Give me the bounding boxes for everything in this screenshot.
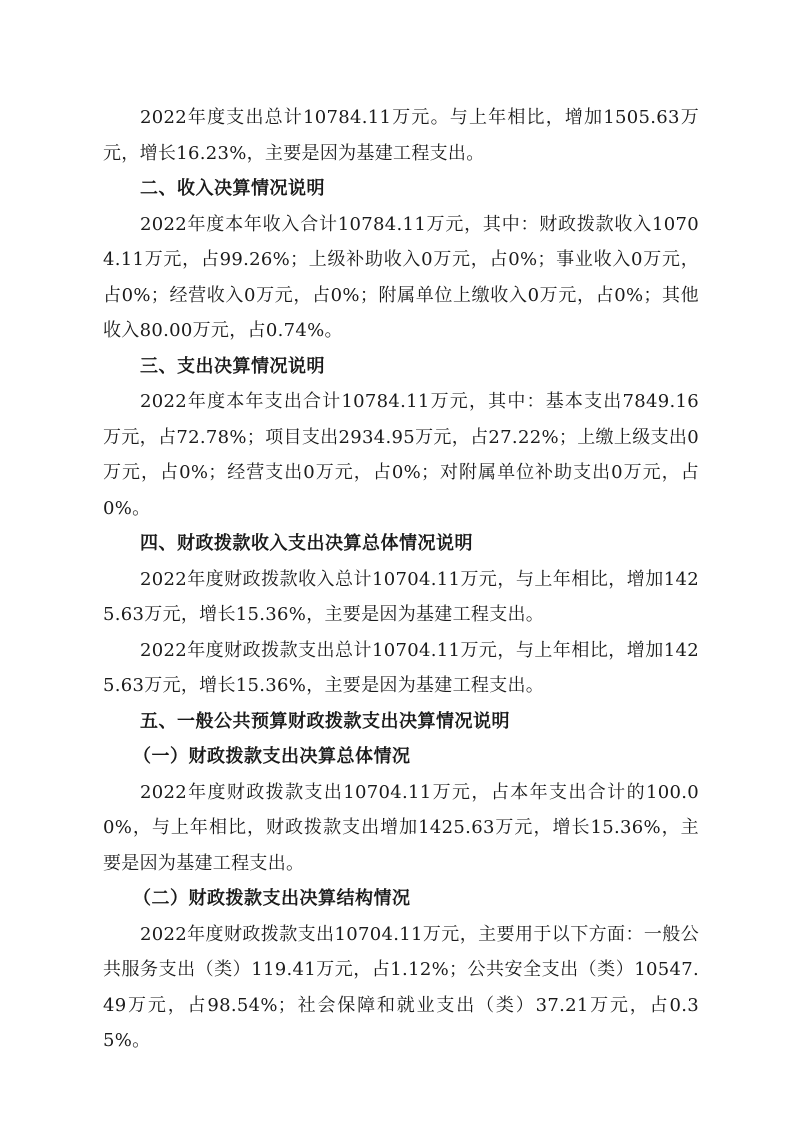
heading-general-public-budget: 五、一般公共预算财政拨款支出决算情况说明 [103, 704, 699, 740]
paragraph-fiscal-expenditure: 2022年度财政拨款支出总计10704.11万元，与上年相比，增加1425.63… [103, 633, 699, 704]
paragraph-income-details: 2022年度本年收入合计10784.11万元，其中：财政拨款收入10704.11… [103, 207, 699, 349]
paragraph-fiscal-income: 2022年度财政拨款收入总计10704.11万元，与上年相比，增加1425.63… [103, 562, 699, 633]
heading-expenditure-section: 三、支出决算情况说明 [103, 349, 699, 385]
paragraph-total-expenditure: 2022年度支出总计10784.11万元。与上年相比，增加1505.63万元，增… [103, 100, 699, 171]
subheading-structure-situation: （二）财政拨款支出决算结构情况 [103, 881, 699, 917]
heading-income-section: 二、收入决算情况说明 [103, 171, 699, 207]
heading-fiscal-allocation-overall: 四、财政拨款收入支出决算总体情况说明 [103, 526, 699, 562]
subheading-overall-situation: （一）财政拨款支出决算总体情况 [103, 739, 699, 775]
paragraph-structure-situation: 2022年度财政拨款支出10704.11万元，主要用于以下方面：一般公共服务支出… [103, 917, 699, 1059]
paragraph-overall-situation: 2022年度财政拨款支出10704.11万元，占本年支出合计的100.00%，与… [103, 775, 699, 882]
document-page: 2022年度支出总计10784.11万元。与上年相比，增加1505.63万元，增… [103, 100, 699, 1059]
paragraph-expenditure-details: 2022年度本年支出合计10784.11万元，其中：基本支出7849.16万元，… [103, 384, 699, 526]
